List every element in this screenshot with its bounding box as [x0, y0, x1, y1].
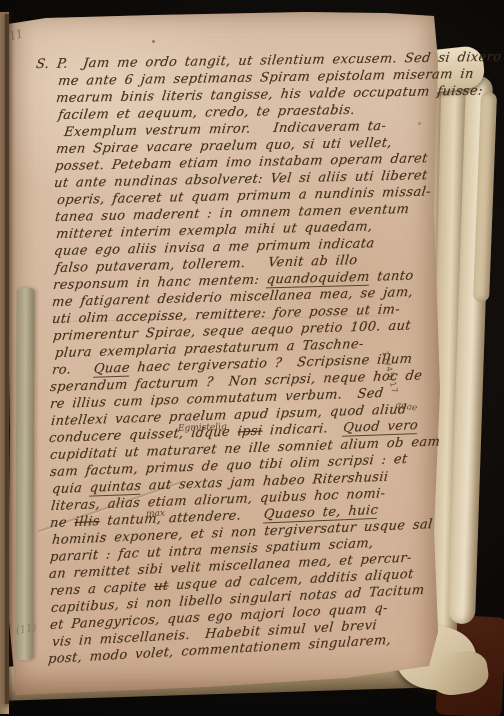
handwriting-layer: S. P. Jam me ordo tangit, ut silentium e…: [0, 0, 504, 716]
interlinear-insertion: max: [146, 509, 165, 520]
manuscript-photo: S. P. Jam me ordo tangit, ut silentium e…: [0, 0, 504, 716]
interlinear-insertion: Egmistelig: [178, 422, 227, 434]
